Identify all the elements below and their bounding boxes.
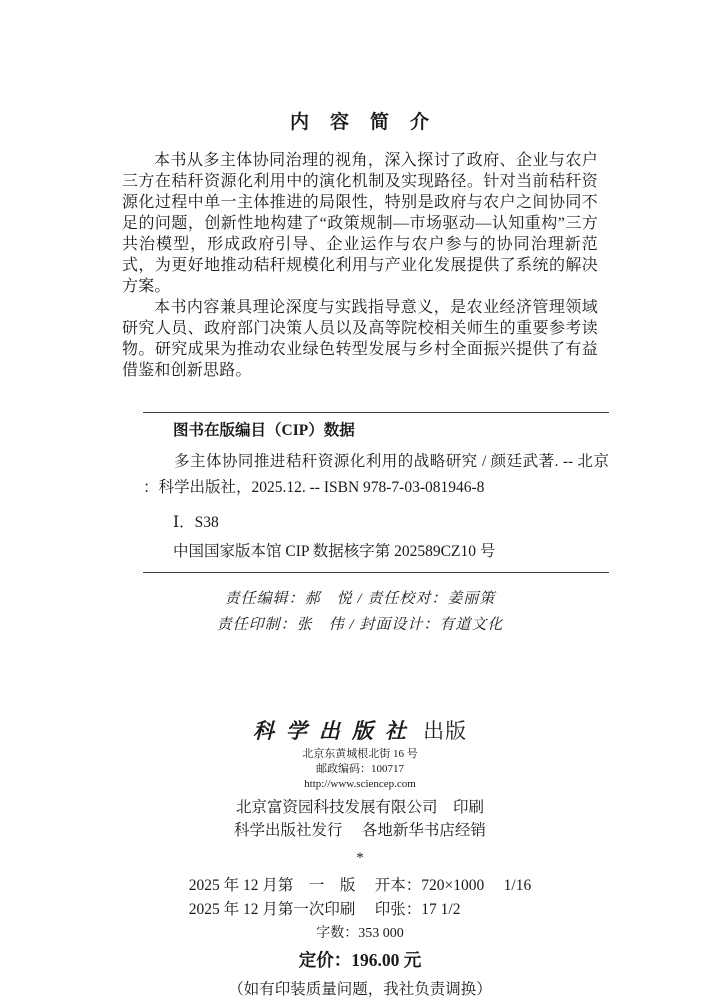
summary-title: 内 容 简 介 bbox=[0, 110, 720, 136]
price: 定价：196.00 元 bbox=[0, 948, 720, 972]
exchange-note: （如有印装质量问题，我社负责调换） bbox=[0, 979, 720, 1000]
summary-body: 本书从多主体协同治理的视角，深入探讨了政府、企业与农户三方在秸秆资源化利用中的演… bbox=[122, 150, 598, 381]
imprint-block: 科学出版社 出版 北京东黄城根北街 16 号 邮政编码：100717 http:… bbox=[0, 718, 720, 1000]
credits-block: 责任编辑：郝 悦 / 责任校对：姜丽策 责任印制：张 伟 / 封面设计：有道文化 bbox=[0, 586, 720, 638]
asterisk-divider: * bbox=[0, 851, 720, 866]
cip-record: 中国国家版本馆 CIP 数据核字第 202589CZ10 号 bbox=[143, 541, 609, 562]
publisher-address: 北京东黄城根北街 16 号 bbox=[0, 747, 720, 762]
cip-section: 图书在版编目（CIP）数据 多主体协同推进秸秆资源化利用的战略研究 / 颜廷武著… bbox=[143, 412, 609, 573]
printer-line: 北京富资园科技发展有限公司 印刷 bbox=[0, 797, 720, 818]
publisher-line: 科学出版社 出版 bbox=[0, 718, 720, 744]
publisher-url: http://www.sciencep.com bbox=[0, 777, 720, 792]
word-count: 字数：353 000 bbox=[0, 924, 720, 944]
credits-line-editors: 责任编辑：郝 悦 / 责任校对：姜丽策 bbox=[0, 586, 720, 612]
edition-line: 2025 年 12 月第 一 版 开本：720×1000 1/16 bbox=[189, 874, 531, 898]
cip-entry: 多主体协同推进秸秆资源化利用的战略研究 / 颜廷武著. -- 北京 ：科学出版社… bbox=[143, 449, 609, 501]
distribution-line: 科学出版社发行 各地新华书店经销 bbox=[0, 820, 720, 841]
cip-header: 图书在版编目（CIP）数据 bbox=[143, 420, 609, 442]
publisher-postcode: 邮政编码：100717 bbox=[0, 762, 720, 777]
summary-paragraph-1: 本书从多主体协同治理的视角，深入探讨了政府、企业与农户三方在秸秆资源化利用中的演… bbox=[122, 150, 598, 297]
cip-classification: Ⅰ．S38 bbox=[143, 512, 609, 533]
publisher-logo: 科学出版社 bbox=[253, 718, 418, 743]
printing-line: 2025 年 12 月第一次印刷 印张：17 1/2 bbox=[189, 898, 531, 922]
publisher-suffix: 出版 bbox=[423, 719, 467, 743]
edition-block: 2025 年 12 月第 一 版 开本：720×1000 1/16 2025 年… bbox=[189, 874, 531, 922]
credits-line-printing: 责任印制：张 伟 / 封面设计：有道文化 bbox=[0, 612, 720, 638]
summary-paragraph-2: 本书内容兼具理论深度与实践指导意义，是农业经济管理领域研究人员、政府部门决策人员… bbox=[122, 297, 598, 381]
copyright-page: 内 容 简 介 本书从多主体协同治理的视角，深入探讨了政府、企业与农户三方在秸秆… bbox=[0, 0, 720, 1000]
